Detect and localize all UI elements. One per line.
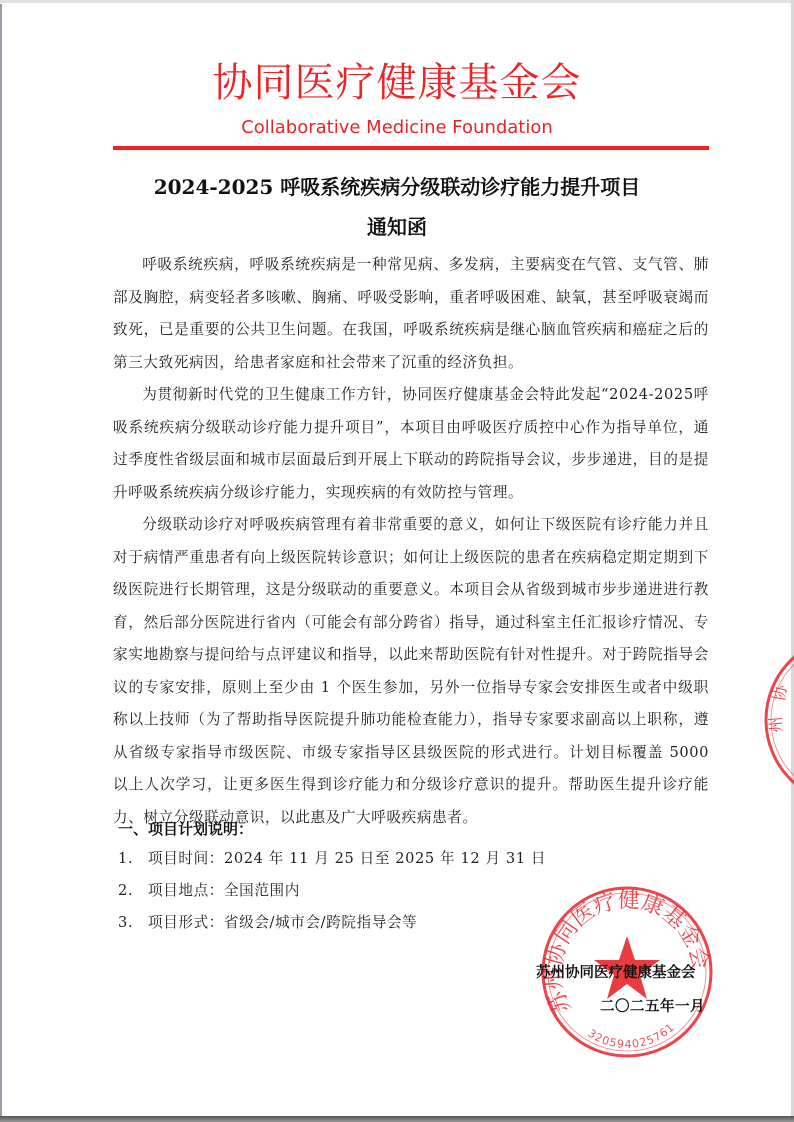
letterhead-name-en: Collaborative Medicine Foundation xyxy=(0,116,794,140)
document-body: 呼吸系统疾病，呼吸系统疾病是一种常见病、多发病，主要病变在气管、支气管、肺部及胸… xyxy=(113,249,709,834)
section-heading: 一、项目计划说明： xyxy=(118,814,253,844)
signature-date: 二〇二五年一月 xyxy=(600,996,705,1018)
letterhead-divider xyxy=(113,146,709,150)
plan-item-text: 项目时间：2024 年 11 月 25 日至 2025 年 12 月 31 日 xyxy=(148,843,546,875)
plan-item-number: 2. xyxy=(118,875,148,907)
plan-item: 1. 项目时间：2024 年 11 月 25 日至 2025 年 12 月 31… xyxy=(118,843,678,875)
seam-stamp-icon: 协 州 xyxy=(762,632,794,808)
paragraph: 为贯彻新时代党的卫生健康工作方针，协同医疗健康基金会特此发起“2024-2025… xyxy=(113,379,709,509)
paragraph: 分级联动诊疗对呼吸疾病管理有着非常重要的意义，如何让下级医院有诊疗能力并且对于病… xyxy=(113,509,709,834)
signature-organization: 苏州协同医疗健康基金会 xyxy=(536,962,696,984)
svg-text:协: 协 xyxy=(769,683,791,703)
paragraph: 呼吸系统疾病，呼吸系统疾病是一种常见病、多发病，主要病变在气管、支气管、肺部及胸… xyxy=(113,249,709,379)
letterhead-name-cn: 协同医疗健康基金会 xyxy=(0,58,794,108)
page-edge-top xyxy=(0,0,794,3)
document-title: 2024-2025 呼吸系统疾病分级联动诊疗能力提升项目 xyxy=(0,172,794,202)
svg-text:州: 州 xyxy=(766,716,786,734)
plan-item-text: 项目地点：全国范围内 xyxy=(148,875,300,907)
document-subtitle: 通知函 xyxy=(0,212,794,242)
plan-item-number: 1. xyxy=(118,843,148,875)
plan-item-number: 3. xyxy=(118,907,148,939)
plan-item-text: 项目形式：省级会/城市会/跨院指导会等 xyxy=(148,907,417,939)
page-edge-bottom xyxy=(0,1116,794,1122)
